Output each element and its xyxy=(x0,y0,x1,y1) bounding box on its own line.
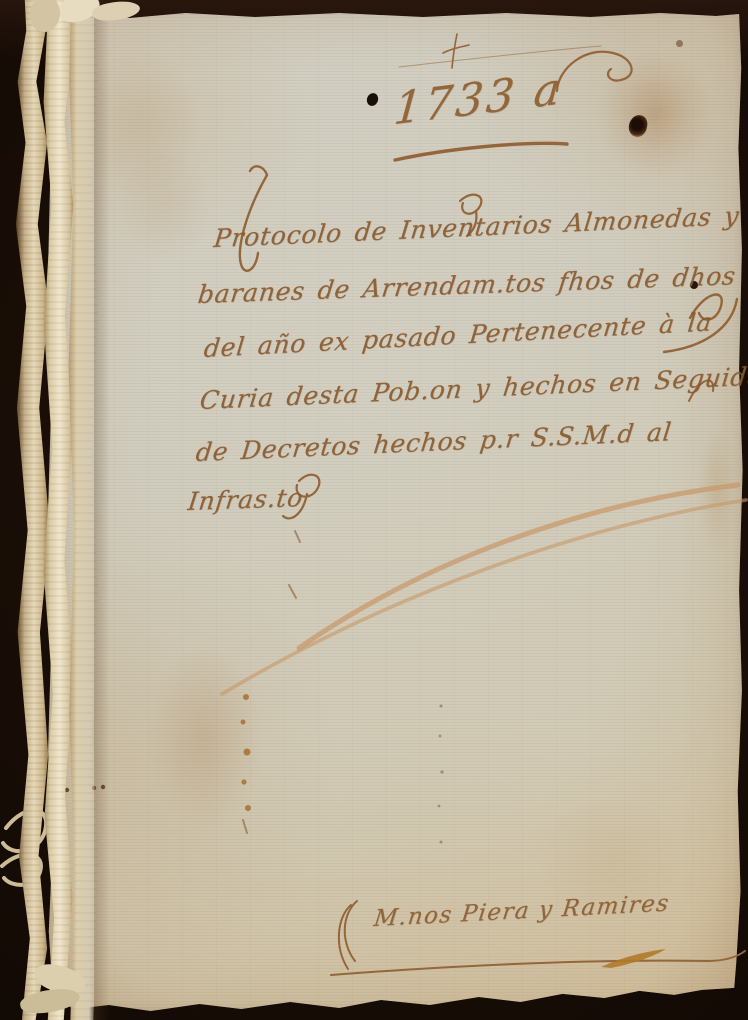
ink-stain-top-right xyxy=(598,52,713,177)
handwritten-line-6: Infras.to xyxy=(186,483,305,516)
stain-right-edge xyxy=(700,430,734,550)
photo-of-bound-manuscript: 1733 a Protocolo de Inventarios Almoneda… xyxy=(0,0,748,1020)
ink-speck xyxy=(676,40,683,47)
spine-shadow xyxy=(94,0,110,1020)
binding-strip xyxy=(14,0,50,1020)
stain-upper-left xyxy=(120,150,210,260)
stain-left-middle xyxy=(150,648,260,828)
